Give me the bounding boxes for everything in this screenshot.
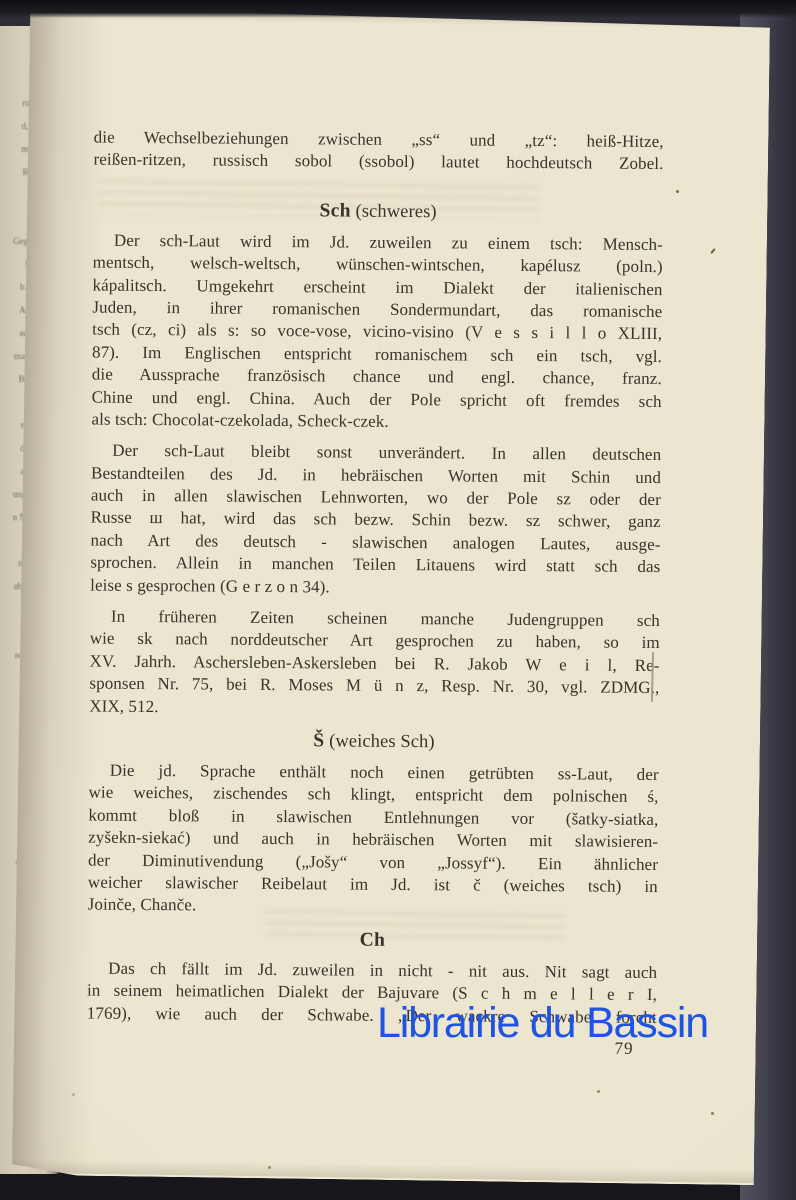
paper-speck bbox=[268, 1166, 271, 1169]
text-flow: die Wechselbeziehungen zwischen „ss“ und… bbox=[87, 127, 664, 1029]
text-line: XIX, 512. bbox=[89, 695, 659, 722]
paragraph: In früheren Zeiten scheinen manche Juden… bbox=[89, 606, 660, 722]
text-line: reißen-ritzen, russisch sobol (ssobol) l… bbox=[93, 149, 663, 176]
paper-speck bbox=[72, 1093, 75, 1096]
paper-speck bbox=[597, 1090, 600, 1093]
paragraph: Der sch-Laut bleibt sonst unverändert. I… bbox=[90, 440, 661, 601]
paper-speck bbox=[676, 190, 679, 193]
section-heading: Ch bbox=[87, 924, 657, 955]
paragraph: Die jd. Sprache enthält noch einen getrü… bbox=[88, 760, 659, 921]
text-line: Joinče, Chanče. bbox=[88, 894, 658, 921]
text-line: sponsen Nr. 75, bei R. Moses M ü n z, Re… bbox=[89, 673, 659, 700]
paragraph: Der sch-Laut wird im Jd. zuweilen zu ein… bbox=[91, 229, 663, 435]
page-text: die Wechselbeziehungen zwischen „ss“ und… bbox=[87, 127, 664, 1029]
text-line: leise s gesprochen (G e r z o n 34). bbox=[90, 574, 660, 601]
bookseller-watermark: Librairie du Bassin bbox=[377, 999, 708, 1048]
book-photo: rupp.d, wamms,Radeirt.Gegendhnd.b. 79)An… bbox=[0, 0, 796, 1200]
page-bottom-edge bbox=[64, 1173, 754, 1185]
section-heading: Sch (schweres) bbox=[93, 195, 663, 227]
section-heading: Š (weiches Sch) bbox=[89, 726, 659, 758]
paper-speck bbox=[711, 1112, 714, 1115]
text-line: als tsch: Chocolat-czekolada, Scheck-cze… bbox=[91, 408, 661, 435]
